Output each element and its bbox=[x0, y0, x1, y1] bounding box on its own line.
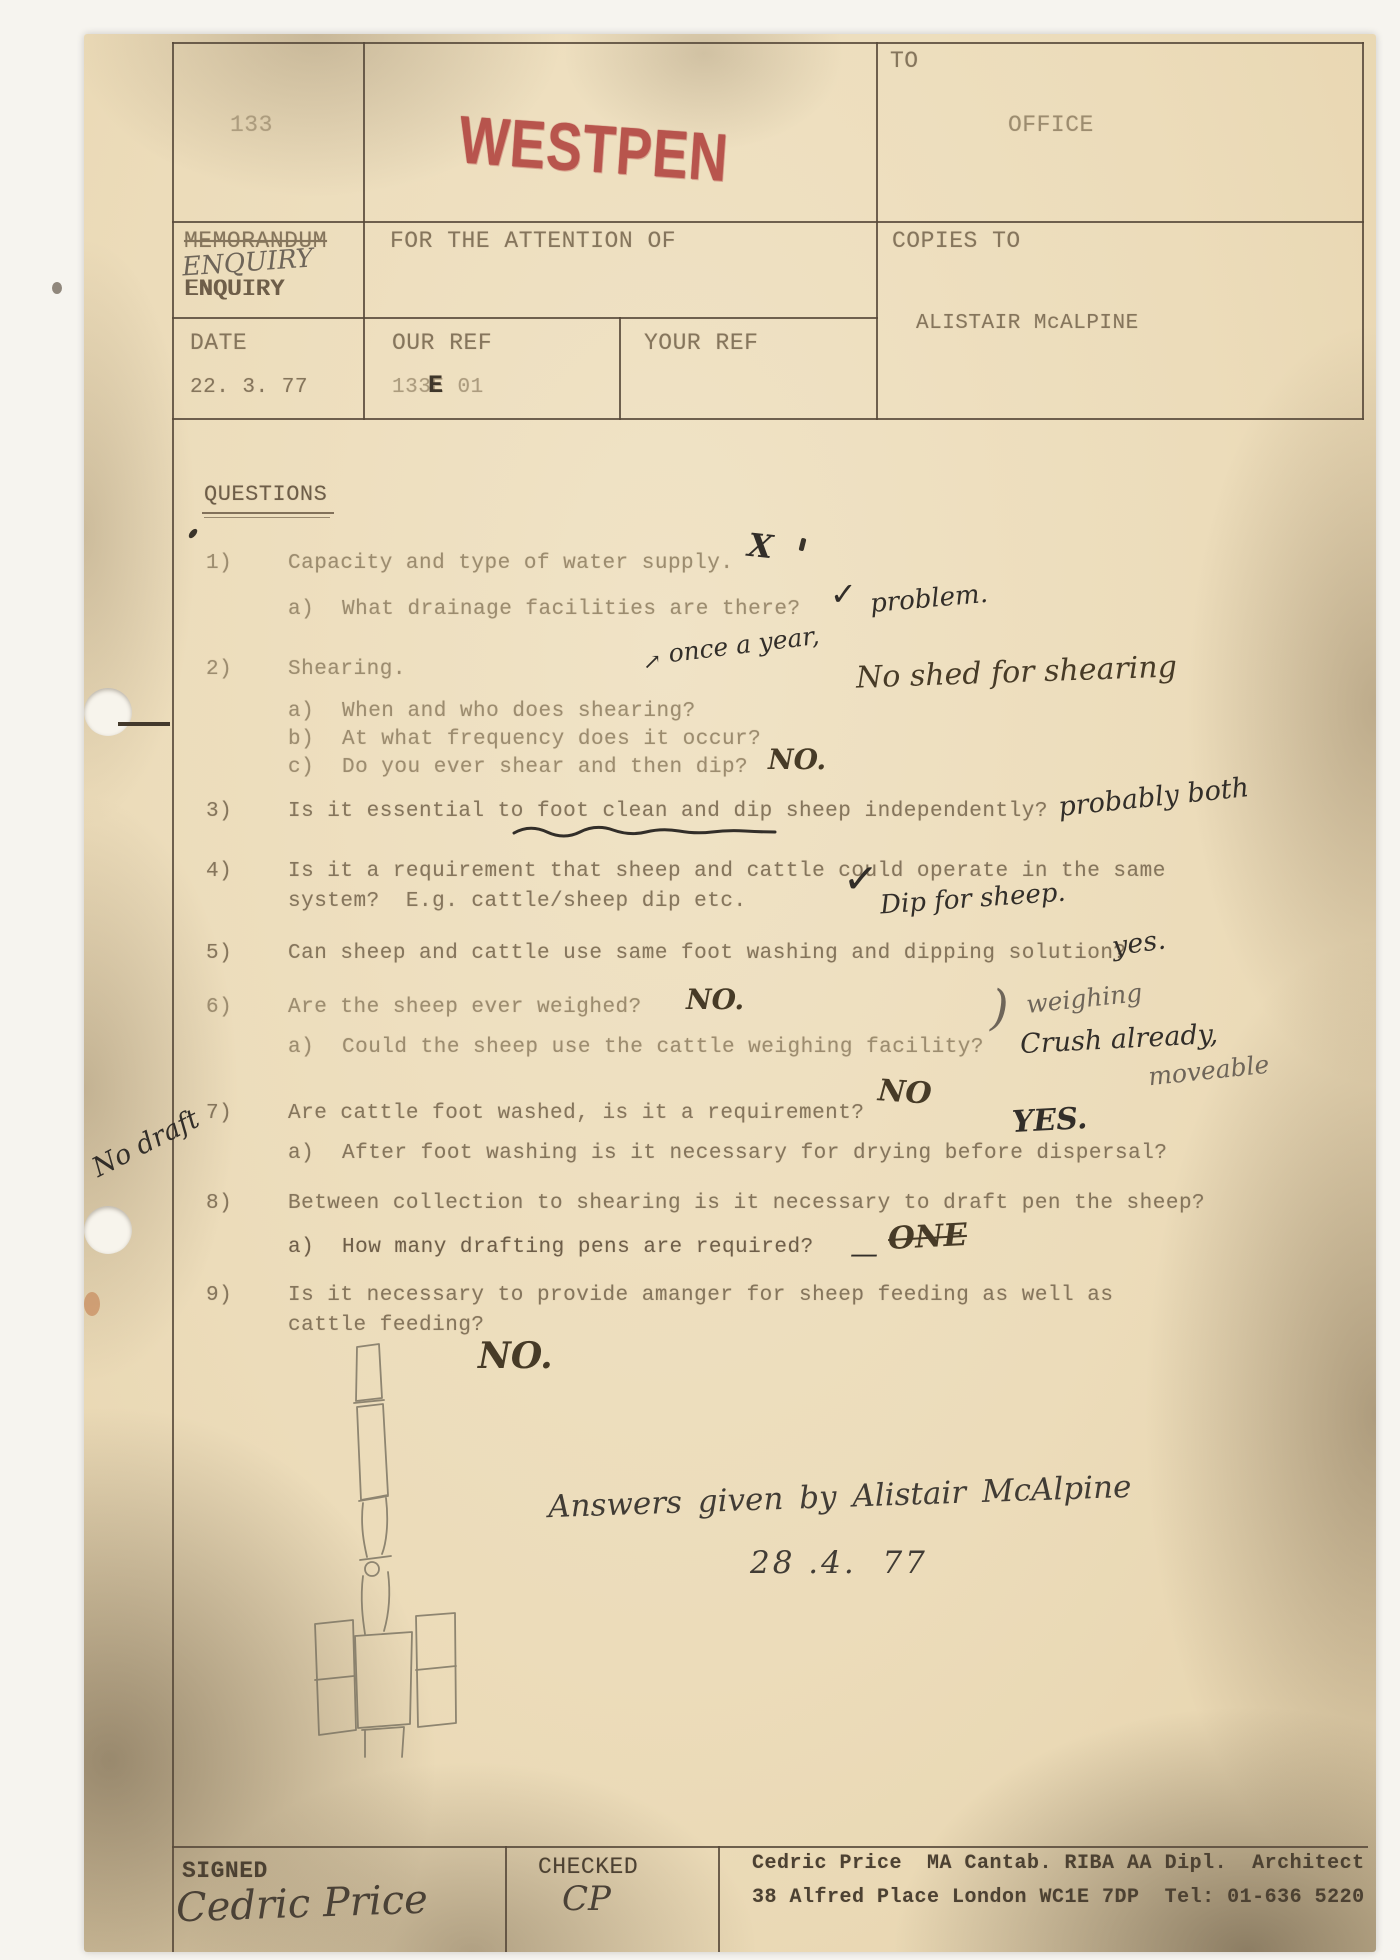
question-2b-text: At what frequency does it occur? bbox=[342, 728, 761, 752]
table-row1-rule bbox=[172, 221, 1364, 223]
question-5-num: 5) bbox=[206, 942, 232, 966]
question-6-num: 6) bbox=[206, 996, 232, 1020]
table-top-rule bbox=[172, 42, 1364, 44]
question-8a-text: How many drafting pens are required? bbox=[342, 1236, 814, 1260]
question-2c-text: Do you ever shear and then dip? bbox=[342, 756, 748, 780]
annotation-check-1a: ✓ bbox=[830, 578, 857, 610]
scanned-memo-page: 133 WESTPEN TO OFFICE MEMORANDUM ENQUIRY… bbox=[0, 0, 1400, 1960]
architect-address-line: 38 Alfred Place London WC1E 7DP Tel: 01-… bbox=[752, 1886, 1365, 1909]
pencil-sketch-drafting-race bbox=[305, 1338, 475, 1758]
footer-col1-rule bbox=[505, 1846, 507, 1952]
section-title-underline bbox=[202, 512, 334, 514]
handwritten-underline-squiggle bbox=[512, 824, 777, 840]
question-9-num: 9) bbox=[206, 1284, 232, 1308]
date-value: 22. 3. 77 bbox=[190, 376, 308, 400]
section-title-underline2 bbox=[204, 517, 330, 518]
question-4-num: 4) bbox=[206, 860, 232, 884]
question-9-line2: cattle feeding? bbox=[288, 1314, 485, 1338]
question-2-num: 2) bbox=[206, 658, 232, 682]
our-ref-overstrike: E bbox=[428, 372, 444, 401]
annotation-check-4: ✓ bbox=[842, 857, 880, 901]
question-6a-num: a) bbox=[288, 1036, 314, 1060]
signed-label: SIGNED bbox=[182, 1858, 268, 1884]
question-2c-num: c) bbox=[288, 756, 314, 780]
question-9-line1: Is it necessary to provide amanger for s… bbox=[288, 1284, 1113, 1308]
our-ref-label: OUR REF bbox=[392, 330, 492, 356]
question-1a-num: a) bbox=[288, 598, 314, 622]
annotation-no-2c: NO. bbox=[768, 746, 826, 774]
table-bottom-rule bbox=[172, 418, 1364, 420]
annotation-x-mark: X bbox=[746, 529, 774, 563]
annotation-paren: ) bbox=[990, 984, 1009, 1032]
doc-number: 133 bbox=[230, 112, 273, 138]
ink-spot bbox=[52, 282, 62, 294]
copies-to-label: COPIES TO bbox=[892, 228, 1021, 254]
annotation-no-6: NO. bbox=[686, 986, 744, 1014]
question-2a-num: a) bbox=[288, 700, 314, 724]
copies-to-value: ALISTAIR McALPINE bbox=[916, 312, 1139, 336]
your-ref-label: YOUR REF bbox=[644, 330, 758, 356]
question-7a-text: After foot washing is it necessary for d… bbox=[342, 1142, 1167, 1166]
question-3-num: 3) bbox=[206, 800, 232, 824]
annotation-no-9: NO. bbox=[478, 1338, 553, 1374]
question-6a-text: Could the sheep use the cattle weighing … bbox=[342, 1036, 984, 1060]
annotation-one: ONE bbox=[887, 1220, 967, 1255]
question-4-line2: system? E.g. cattle/sheep dip etc. bbox=[288, 890, 747, 914]
architect-name-line: Cedric Price MA Cantab. RIBA AA Dipl. Ar… bbox=[752, 1852, 1365, 1875]
annotation-no-7: NO bbox=[877, 1076, 933, 1110]
question-7-text: Are cattle foot washed, is it a requirem… bbox=[288, 1102, 865, 1126]
question-6-text: Are the sheep ever weighed? bbox=[288, 996, 642, 1020]
table-row2-rule bbox=[172, 317, 878, 319]
attention-label: FOR THE ATTENTION OF bbox=[390, 228, 676, 254]
checked-label: CHECKED bbox=[538, 1854, 638, 1880]
question-3-text: Is it essential to foot clean and dip sh… bbox=[288, 800, 1048, 824]
annotation-yes-7a: YES. bbox=[1011, 1104, 1088, 1138]
to-value: OFFICE bbox=[1008, 112, 1094, 138]
question-8-text: Between collection to shearing is it nec… bbox=[288, 1192, 1205, 1216]
punch-hole-bottom bbox=[84, 1206, 132, 1254]
section-title: QUESTIONS bbox=[204, 482, 327, 507]
question-7a-num: a) bbox=[288, 1142, 314, 1166]
checked-initials: CP bbox=[562, 1882, 611, 1916]
footer-top-rule bbox=[172, 1846, 1368, 1848]
enquiry-typed-label: ENQUIRY bbox=[184, 276, 284, 302]
question-1-text: Capacity and type of water supply. bbox=[288, 552, 733, 576]
question-1a-text: What drainage facilities are there? bbox=[342, 598, 801, 622]
table-col2-rule bbox=[876, 42, 878, 420]
annotation-insert-arrow: ↗ bbox=[643, 652, 661, 674]
table-right-rule bbox=[1362, 42, 1364, 420]
signed-signature: Cedric Price bbox=[175, 1880, 428, 1929]
margin-dash-mark bbox=[118, 722, 170, 726]
question-7-num: 7) bbox=[206, 1102, 232, 1126]
stain-spot bbox=[84, 1292, 100, 1316]
question-2a-text: When and who does shearing? bbox=[342, 700, 696, 724]
question-8-num: 8) bbox=[206, 1192, 232, 1216]
annotation-yes-5: yes. bbox=[1110, 926, 1167, 960]
punch-hole-top bbox=[84, 688, 132, 736]
table-col1-rule bbox=[363, 42, 365, 420]
question-1-num: 1) bbox=[206, 552, 232, 576]
annotation-dash: — bbox=[850, 1240, 878, 1268]
to-label: TO bbox=[890, 48, 919, 74]
footer-col2-rule bbox=[718, 1846, 720, 1952]
table-ref-rule bbox=[619, 317, 621, 420]
date-label: DATE bbox=[190, 330, 247, 356]
answers-date: 28 .4. 77 bbox=[750, 1548, 928, 1579]
left-rule bbox=[172, 42, 174, 1952]
question-2b-num: b) bbox=[288, 728, 314, 752]
question-5-text: Can sheep and cattle use same foot washi… bbox=[288, 942, 1127, 966]
question-2-text: Shearing. bbox=[288, 658, 406, 682]
question-8a-num: a) bbox=[288, 1236, 314, 1260]
